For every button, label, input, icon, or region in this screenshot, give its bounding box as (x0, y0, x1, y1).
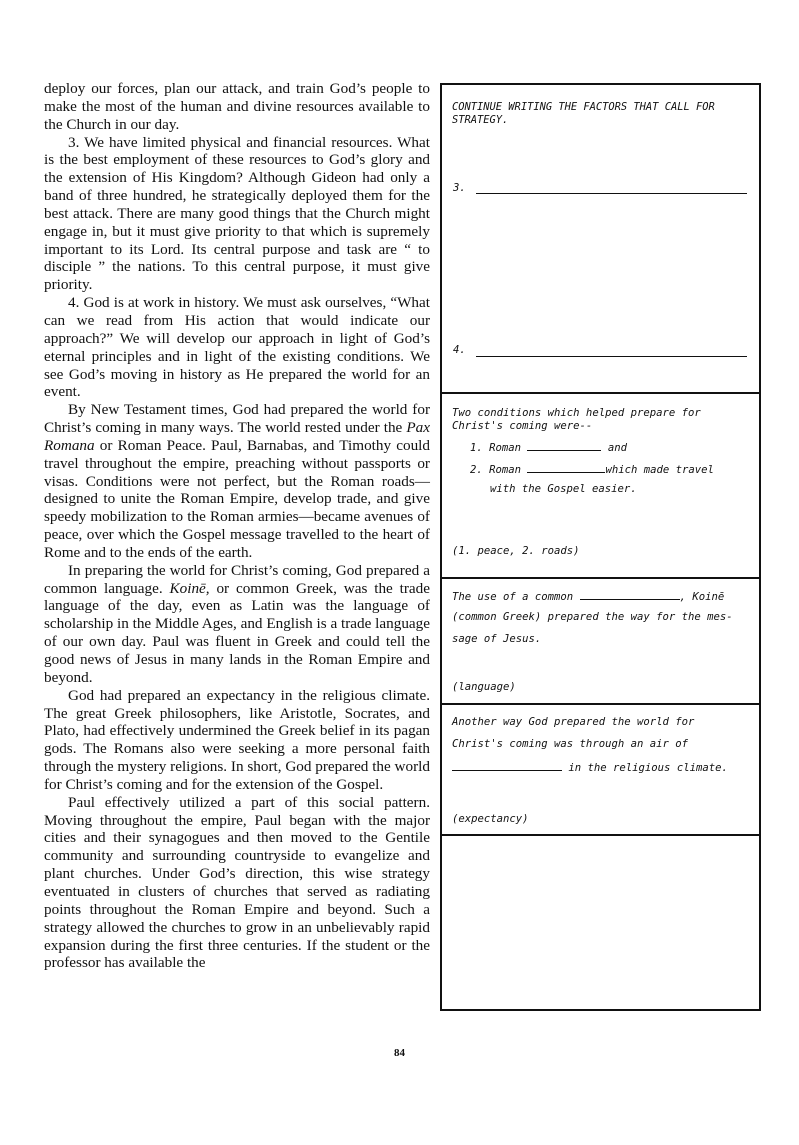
expectancy-section: Another way God prepared the world for C… (442, 705, 759, 836)
condition-2-prefix: Roman (489, 464, 521, 476)
item-3-answer-line[interactable] (476, 193, 747, 194)
language-answer: (language) (452, 681, 749, 694)
conditions-section: Two conditions which helped prepare for … (442, 394, 759, 579)
expectancy-line-3: in the religious climate. (452, 760, 749, 775)
paragraph: 4. God is at work in history. We must as… (44, 294, 430, 401)
expectancy-line-1: Another way God prepared the world for (452, 716, 749, 729)
text-run: or Roman Peace. Paul, Barnabas, and Timo… (44, 437, 430, 561)
empty-notes-section (442, 836, 759, 1009)
page-number: 84 (0, 1047, 799, 1059)
item-3-label: 3. (453, 182, 467, 195)
condition-1-blank[interactable] (527, 440, 601, 451)
language-prefix: The use of a common (452, 591, 573, 603)
paragraph: deploy our forces, plan our attack, and … (44, 80, 430, 134)
language-line-3: sage of Jesus. (452, 633, 749, 646)
condition-2-number: 2. (470, 464, 483, 476)
paragraph: 3. We have limited physical and financia… (44, 134, 430, 295)
italic-term: Koinē, (170, 580, 210, 597)
condition-2-blank[interactable] (527, 462, 605, 473)
text-run: By New Testament times, God had prepared… (44, 401, 430, 436)
item-4-answer-line[interactable] (476, 356, 747, 357)
condition-2-suffix: which made travel (605, 464, 713, 476)
language-line-1: The use of a common , Koinē (452, 589, 749, 604)
paragraph: God had prepared an expectancy in the re… (44, 687, 430, 794)
condition-2-continuation: with the Gospel easier. (490, 483, 749, 496)
expectancy-suffix: in the religious climate. (568, 762, 727, 774)
conditions-prompt: Two conditions which helped prepare for … (452, 407, 749, 433)
language-line-2: (common Greek) prepared the way for the … (452, 611, 749, 624)
condition-1-suffix: and (608, 442, 627, 454)
factors-section: CONTINUE WRITING THE FACTORS THAT CALL F… (442, 85, 759, 394)
expectancy-line-2: Christ's coming was through an air of (452, 738, 749, 751)
language-section: The use of a common , Koinē (common Gree… (442, 579, 759, 705)
book-page: deploy our forces, plan our attack, and … (0, 0, 799, 1145)
condition-1-number: 1. (470, 442, 483, 454)
paragraph: Paul effectively utilized a part of this… (44, 794, 430, 972)
paragraph: By New Testament times, God had prepared… (44, 401, 430, 562)
condition-1: 1. Roman and (470, 440, 749, 455)
item-4-label: 4. (453, 344, 467, 357)
condition-2: 2. Roman which made travel (470, 462, 749, 477)
workbook-frame: CONTINUE WRITING THE FACTORS THAT CALL F… (440, 83, 761, 1011)
factors-instruction: CONTINUE WRITING THE FACTORS THAT CALL F… (452, 101, 749, 127)
conditions-answer: (1. peace, 2. roads) (452, 545, 749, 558)
expectancy-answer: (expectancy) (452, 813, 749, 826)
expectancy-blank[interactable] (452, 760, 562, 771)
condition-1-prefix: Roman (489, 442, 521, 454)
paragraph: In preparing the world for Christ’s comi… (44, 562, 430, 687)
body-text-column: deploy our forces, plan our attack, and … (44, 80, 430, 972)
language-blank[interactable] (580, 589, 680, 600)
language-suffix: , Koinē (680, 591, 725, 603)
